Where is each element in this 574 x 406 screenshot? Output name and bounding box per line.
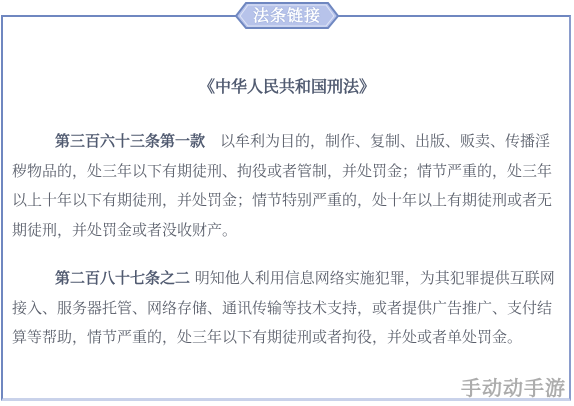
law-title: 《中华人民共和国刑法》 — [0, 74, 574, 97]
article-heading: 第二百八十七条之二 — [12, 269, 190, 287]
article-paragraph: 第二百八十七条之二 明知他人利用信息网络实施犯罪，为其犯罪提供互联网接入、服务器… — [12, 264, 560, 353]
article-paragraph: 第三百六十三条第一款 以牟利为目的，制作、复制、出版、贩卖、传播淫秽物品的，处三… — [12, 127, 560, 245]
article-heading: 第三百六十三条第一款 — [12, 132, 205, 150]
law-link-badge: 法条链接 — [234, 1, 340, 30]
watermark: 手动动手游 — [461, 372, 566, 401]
badge-label: 法条链接 — [234, 1, 340, 30]
